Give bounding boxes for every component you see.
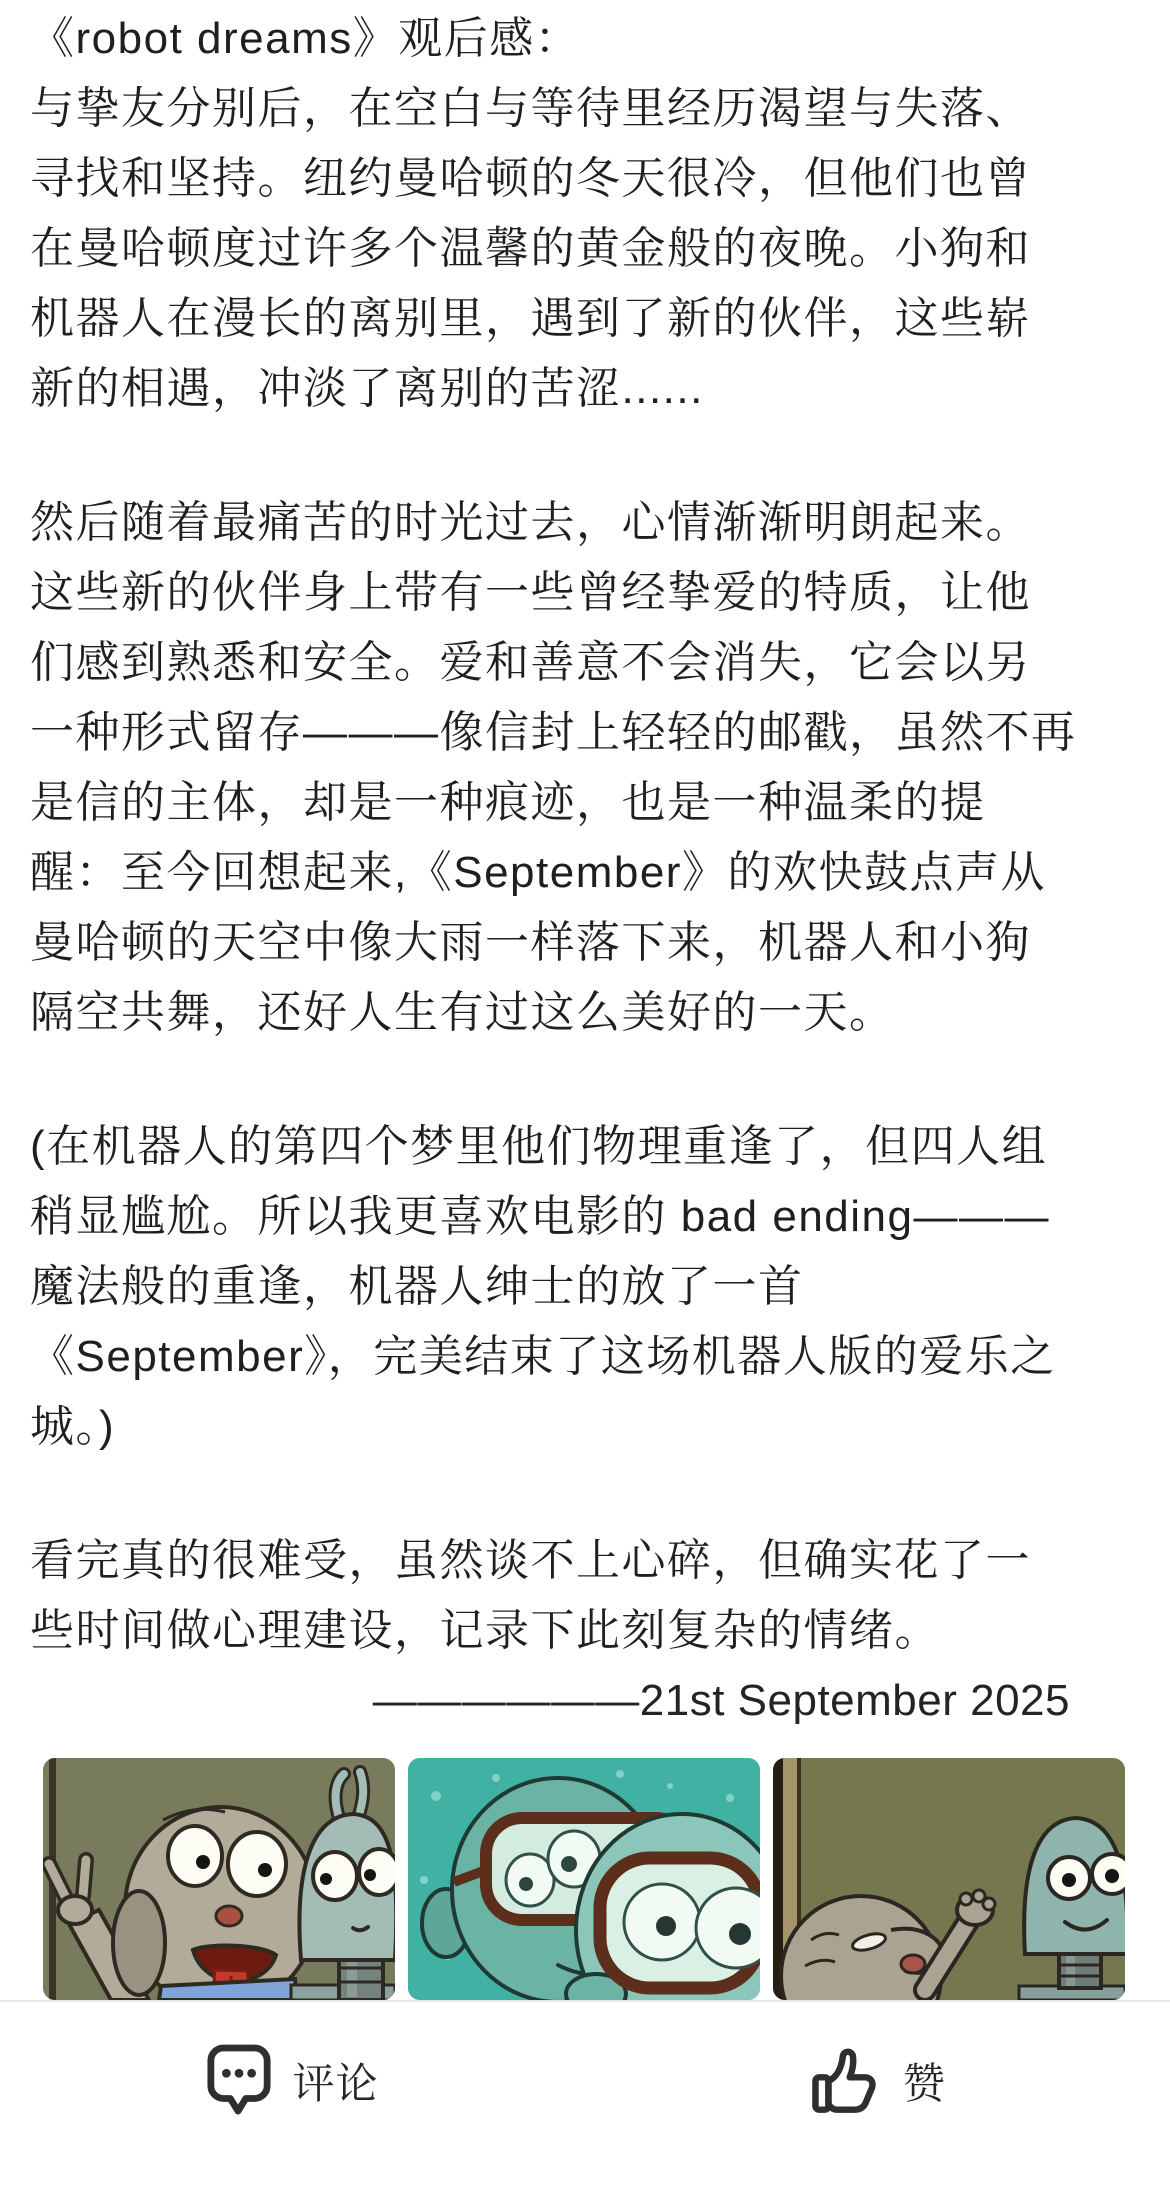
like-button[interactable]: 赞 <box>585 2002 1170 2201</box>
photo-thumbnail-2[interactable] <box>408 1758 760 2000</box>
like-button-label: 赞 <box>903 2051 946 2111</box>
photo-thumbnail-3[interactable] <box>773 1758 1125 2000</box>
post-paragraph: 看完真的很难受，虽然谈不上心碎，但确实花了一 些时间做心理建设，记录下此刻复杂的… <box>30 1526 1142 1666</box>
thumbs-up-icon <box>809 2043 883 2119</box>
post-date-line: ——————21st September 2025 <box>30 1666 1142 1736</box>
photo-thumbnail-1[interactable] <box>43 1758 395 2000</box>
moments-post-detail: 《robot dreams》观后感： 与挚友分别后，在空白与等待里经历渴望与失落… <box>0 0 1170 2201</box>
robot-dreams-still-3-image <box>773 1758 1125 2000</box>
comment-button[interactable]: 评论 <box>0 2002 585 2201</box>
post-paragraph: 然后随着最痛苦的时光过去，心情渐渐明朗起来。 这些新的伙伴身上带有一些曾经挚爱的… <box>30 488 1142 1048</box>
comment-bubble-icon <box>206 2043 272 2119</box>
post-body: 《robot dreams》观后感： 与挚友分别后，在空白与等待里经历渴望与失落… <box>0 0 1170 1736</box>
photo-grid <box>0 1758 1170 2000</box>
post-paragraph: 《robot dreams》观后感： 与挚友分别后，在空白与等待里经历渴望与失落… <box>30 4 1142 424</box>
robot-dreams-still-1-image <box>43 1758 395 2000</box>
post-paragraph: (在机器人的第四个梦里他们物理重逢了，但四人组 稍显尴尬。所以我更喜欢电影的 b… <box>30 1112 1142 1462</box>
action-bar: 评论 赞 <box>0 2000 1170 2201</box>
comment-button-label: 评论 <box>292 2051 378 2111</box>
robot-dreams-still-2-image <box>408 1758 760 2000</box>
